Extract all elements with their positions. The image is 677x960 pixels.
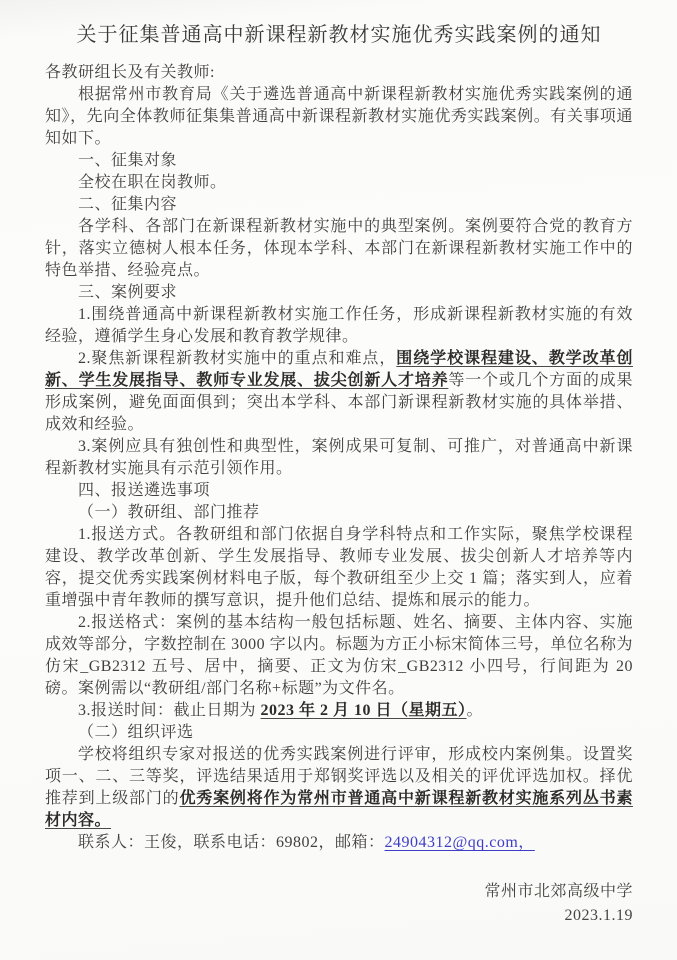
paragraph: （二）组织评选	[45, 722, 633, 744]
text-run: 二、征集内容	[78, 196, 177, 213]
paragraph: 3.案例应具有独创性和典型性，案例成果可复制、可推广，对普通高中新课程新教材实施…	[45, 436, 633, 480]
paragraph: 2.聚焦新课程新教材实施中的重点和难点，围绕学校课程建设、教学改革创新、学生发展…	[45, 348, 633, 436]
paragraph: 各教研组长及有关教师:	[45, 62, 633, 84]
text-run: 2.聚焦新课程新教材实施中的重点和难点，	[78, 350, 396, 367]
emphasized-text: 2023 年 2 月 10 日（星期五）	[261, 702, 467, 719]
text-run: 1.报送方式。各教研组和部门依据自身学科特点和工作实际，聚焦学校课程建设、教学改…	[45, 526, 633, 609]
text-run: 3.报送时间：截止日期为	[78, 702, 261, 719]
text-run: 一、征集对象	[78, 152, 177, 169]
text-run: 根据常州市教育局《关于遴选普通高中新课程新教材实施优秀实践案例的通知》，先向全体…	[45, 86, 633, 147]
text-run: 各教研组长及有关教师:	[45, 64, 215, 81]
paragraph: 四、报送遴选事项	[45, 480, 633, 502]
paragraph: 3.报送时间：截止日期为 2023 年 2 月 10 日（星期五）。	[45, 700, 633, 722]
paragraph: 全校在职在岗教师。	[45, 172, 633, 194]
paragraph: 1.报送方式。各教研组和部门依据自身学科特点和工作实际，聚焦学校课程建设、教学改…	[45, 524, 633, 612]
signature-block: 常州市北郊高级中学 2023.1.19	[45, 880, 633, 928]
email-link[interactable]: 24904312@qq.com，	[385, 834, 535, 851]
text-run: 三、案例要求	[78, 284, 177, 301]
paragraph: 三、案例要求	[45, 282, 633, 304]
paragraph: 各学科、各部门在新课程新教材实施中的典型案例。案例要符合党的教育方针，落实立德树…	[45, 216, 633, 282]
paragraph: 1.围绕普通高中新课程新教材实施工作任务，形成新课程新教材实施的有效经验，遵循学…	[45, 304, 633, 348]
text-run: （一）教研组、部门推荐	[78, 504, 260, 521]
text-run: 各学科、各部门在新课程新教材实施中的典型案例。案例要符合党的教育方针，落实立德树…	[45, 218, 633, 279]
document-page: 关于征集普通高中新课程新教材实施优秀实践案例的通知 各教研组长及有关教师:根据常…	[0, 0, 677, 960]
document-body: 各教研组长及有关教师:根据常州市教育局《关于遴选普通高中新课程新教材实施优秀实践…	[45, 62, 633, 854]
paragraph: 学校将组织专家对报送的优秀实践案例进行评审，形成校内案例集。设置奖项一、二、三等…	[45, 744, 633, 832]
paragraph: 联系人：王俊，联系电话：69802，邮箱：24904312@qq.com，	[45, 832, 633, 854]
document-title: 关于征集普通高中新课程新教材实施优秀实践案例的通知	[45, 20, 633, 50]
paragraph: 一、征集对象	[45, 150, 633, 172]
paragraph: 二、征集内容	[45, 194, 633, 216]
text-run: 联系人：王俊，联系电话：69802，邮箱：	[78, 834, 385, 851]
text-run: 3.案例应具有独创性和典型性，案例成果可复制、可推广，对普通高中新课程新教材实施…	[45, 438, 633, 477]
document-paragraphs: 各教研组长及有关教师:根据常州市教育局《关于遴选普通高中新课程新教材实施优秀实践…	[45, 62, 633, 854]
text-run: 全校在职在岗教师。	[78, 174, 227, 191]
paragraph: （一）教研组、部门推荐	[45, 502, 633, 524]
signature-date: 2023.1.19	[45, 904, 633, 928]
signature-school-name: 常州市北郊高级中学	[45, 880, 633, 904]
paragraph: 2.报送格式：案例的基本结构一般包括标题、姓名、摘要、主体内容、实施成效等部分，…	[45, 612, 633, 700]
text-run: （二）组织评选	[78, 724, 194, 741]
paragraph: 根据常州市教育局《关于遴选普通高中新课程新教材实施优秀实践案例的通知》，先向全体…	[45, 84, 633, 150]
text-run: 2.报送格式：案例的基本结构一般包括标题、姓名、摘要、主体内容、实施成效等部分，…	[45, 614, 633, 697]
text-run: 1.围绕普通高中新课程新教材实施工作任务，形成新课程新教材实施的有效经验，遵循学…	[45, 306, 633, 345]
text-run: 。	[467, 702, 484, 719]
text-run: 四、报送遴选事项	[78, 482, 210, 499]
